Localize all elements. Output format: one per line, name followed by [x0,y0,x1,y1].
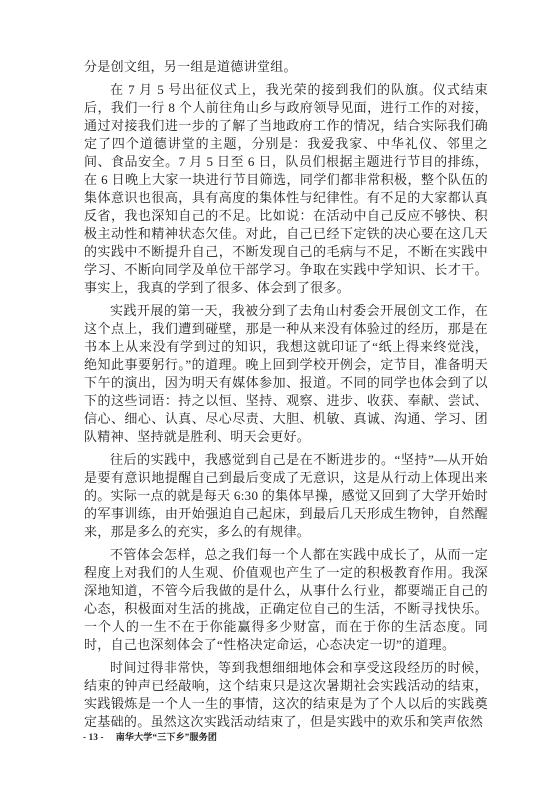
paragraph: 不管体会怎样，总之我们每一个人都在实践中成长了，从而一定程度上对我们的人生观、价… [84,546,488,654]
footer-page-number: - 13 - [83,732,104,742]
paragraph: 时间过得非常快，等到我想细细地体会和享受这段经历的时候，结束的钟声已经敲响，这个… [84,659,488,731]
paragraph: 实践开展的第一天，我被分到了去角山村委会开展创文工作，在这个点上，我们遭到碰壁，… [84,302,488,446]
page-footer: - 13 -南华大学“三下乡”服务团 [83,731,217,743]
footer-label: 南华大学“三下乡”服务团 [116,732,217,742]
paragraph: 在 7 月 5 号出征仪式上，我光荣的接到我们的队旗。仪式结束后，我们一行 8 … [84,81,488,297]
document-body: 分是创文组，另一组是道德讲堂组。 在 7 月 5 号出征仪式上，我光荣的接到我们… [84,58,488,736]
paragraph: 往后的实践中，我感觉到自己是在不断进步的。“坚持”—从开始是要有意识地提醒自己到… [84,451,488,541]
document-page: 分是创文组，另一组是道德讲堂组。 在 7 月 5 号出征仪式上，我光荣的接到我们… [0,0,558,790]
paragraph: 分是创文组，另一组是道德讲堂组。 [84,58,488,76]
